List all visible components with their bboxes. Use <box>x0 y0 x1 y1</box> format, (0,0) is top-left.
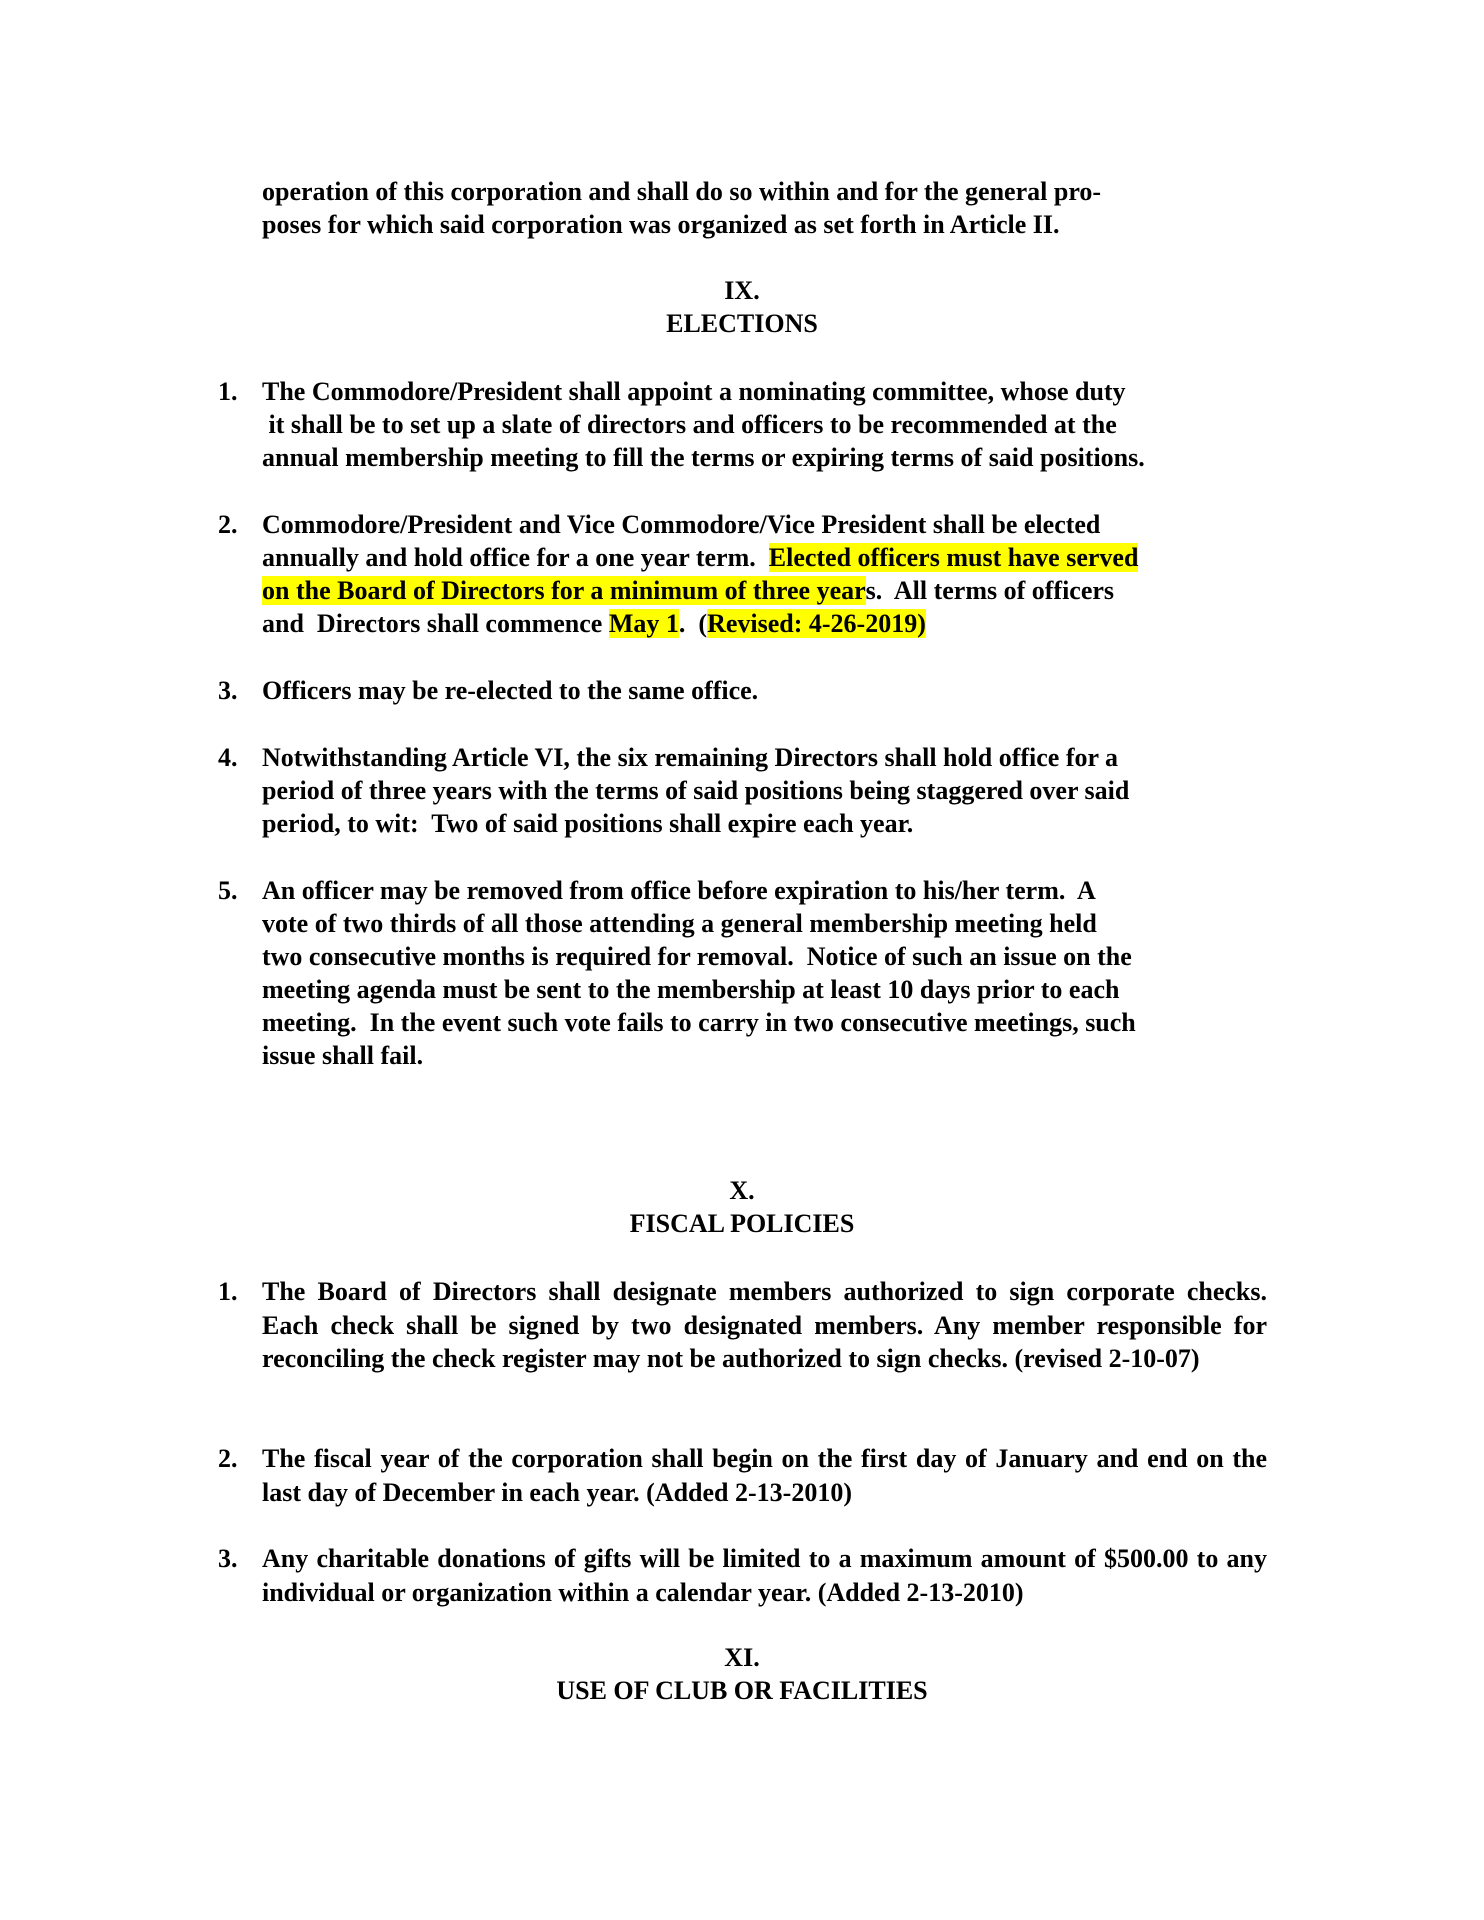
x-item-1-number: 1. <box>218 1275 238 1308</box>
ix-item-5-number: 5. <box>218 874 238 907</box>
article-xi-title: USE OF CLUB OR FACILITIES <box>0 1674 1484 1707</box>
article-ix-number: IX. <box>0 274 1484 307</box>
ix-item-5-line-2: vote of two thirds of all those attendin… <box>262 907 1097 940</box>
ix-item-2-line-4-mid: . ( <box>679 609 707 638</box>
x-item-3-number: 3. <box>218 1542 238 1575</box>
article-x-number: X. <box>0 1174 1484 1207</box>
ix-item-2-number: 2. <box>218 508 238 541</box>
ix-item-4-line-1: Notwithstanding Article VI, the six rema… <box>262 741 1118 774</box>
x-item-3-text: Any charitable donations of gifts will b… <box>262 1542 1267 1609</box>
ix-item-3-number: 3. <box>218 674 238 707</box>
ix-item-1-line-2: it shall be to set up a slate of directo… <box>262 408 1117 441</box>
article-x-title: FISCAL POLICIES <box>0 1207 1484 1240</box>
highlighted-text: on the Board of Directors for a minimum … <box>262 576 866 605</box>
article-ix-title: ELECTIONS <box>0 307 1484 340</box>
highlighted-date: May 1 <box>609 609 679 638</box>
ix-item-3-line-1: Officers may be re-elected to the same o… <box>262 674 758 707</box>
ix-item-4-line-2: period of three years with the terms of … <box>262 774 1129 807</box>
highlighted-revision: Revised: 4-26-2019) <box>707 609 926 638</box>
ix-item-2-line-1: Commodore/President and Vice Commodore/V… <box>262 508 1100 541</box>
highlighted-text: Elected officers must have served <box>769 543 1139 572</box>
ix-item-2-line-3: on the Board of Directors for a minimum … <box>262 574 1114 607</box>
intro-line-2: poses for which said corporation was org… <box>262 208 1060 241</box>
x-item-2-number: 2. <box>218 1442 238 1475</box>
ix-item-4-number: 4. <box>218 741 238 774</box>
ix-item-1-number: 1. <box>218 375 238 408</box>
document-page: operation of this corporation and shall … <box>0 0 1484 1920</box>
ix-item-2-line-2: annually and hold office for a one year … <box>262 541 1138 574</box>
ix-item-1-line-1: The Commodore/President shall appoint a … <box>262 375 1126 408</box>
x-item-2-text: The fiscal year of the corporation shall… <box>262 1442 1267 1509</box>
ix-item-2-line-3-plain: s. All terms of officers <box>866 576 1114 605</box>
x-item-1-text: The Board of Directors shall designate m… <box>262 1275 1267 1376</box>
ix-item-2-line-4: and Directors shall commence May 1. (Rev… <box>262 607 926 640</box>
ix-item-2-line-4-plain: and Directors shall commence <box>262 609 609 638</box>
ix-item-5-line-1: An officer may be removed from office be… <box>262 874 1096 907</box>
ix-item-4-line-3: period, to wit: Two of said positions sh… <box>262 807 913 840</box>
ix-item-5-line-6: issue shall fail. <box>262 1039 423 1072</box>
ix-item-2-line-2-plain: annually and hold office for a one year … <box>262 543 769 572</box>
ix-item-5-line-3: two consecutive months is required for r… <box>262 940 1132 973</box>
article-xi-number: XI. <box>0 1641 1484 1674</box>
intro-line-1: operation of this corporation and shall … <box>262 175 1101 208</box>
ix-item-5-line-4: meeting agenda must be sent to the membe… <box>262 973 1119 1006</box>
ix-item-1-line-3: annual membership meeting to fill the te… <box>262 441 1145 474</box>
ix-item-5-line-5: meeting. In the event such vote fails to… <box>262 1006 1136 1039</box>
